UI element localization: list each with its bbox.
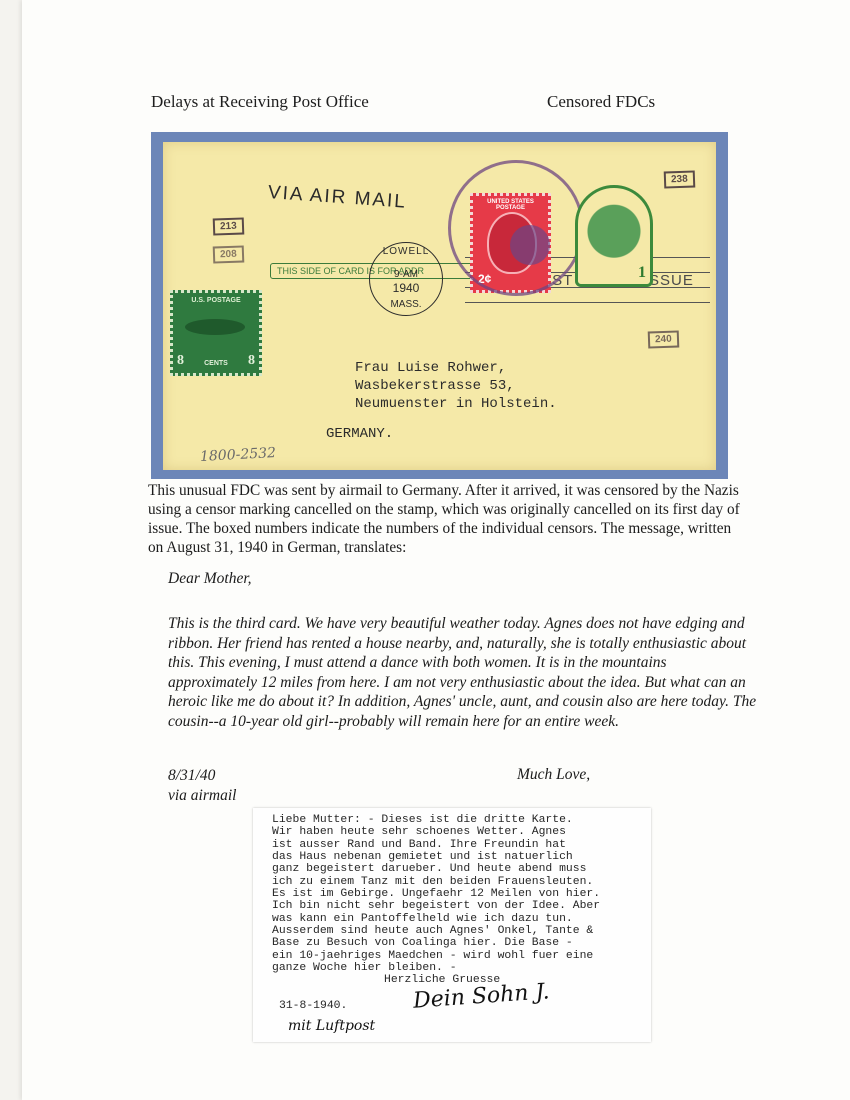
- page-title: Delays at Receiving Post Office: [151, 92, 369, 112]
- censor-cancel-ring: [448, 160, 584, 296]
- propeller-icon: [185, 319, 245, 335]
- translation-salutation: Dear Mother,: [168, 570, 252, 588]
- translation-closing: Much Love,: [517, 766, 590, 784]
- letter-date: 31-8-1940.: [279, 1000, 347, 1012]
- censor-number-box: 213: [213, 217, 244, 235]
- censor-cancel-eagle: [510, 225, 550, 265]
- green-1-cent-indicia: 1: [575, 185, 653, 287]
- description-paragraph: This unusual FDC was sent by airmail to …: [148, 481, 743, 557]
- handwritten-airmail-note: mit Luftpost: [288, 1018, 375, 1034]
- lowell-postmark: LOWELL 9-AM 1940 MASS.: [369, 242, 443, 316]
- translation-body: This is the third card. We have very bea…: [168, 614, 758, 732]
- section-title: Censored FDCs: [547, 92, 655, 112]
- original-letter-clipping: Liebe Mutter: - Dieses ist die dritte Ka…: [253, 808, 651, 1042]
- recipient-address: Frau Luise Rohwer, Wasbekerstrasse 53, N…: [355, 359, 557, 413]
- censor-number-box: 238: [664, 170, 695, 188]
- letter-body: Liebe Mutter: - Dieses ist die dritte Ka…: [272, 814, 600, 974]
- censor-number-box: 240: [648, 330, 679, 348]
- censor-number-box: 208: [213, 245, 244, 263]
- recipient-country: GERMANY.: [326, 426, 393, 442]
- airmail-8-cent-stamp: U.S. POSTAGE 8 CENTS 8: [170, 290, 262, 376]
- translation-date: 8/31/40 via airmail: [168, 766, 236, 805]
